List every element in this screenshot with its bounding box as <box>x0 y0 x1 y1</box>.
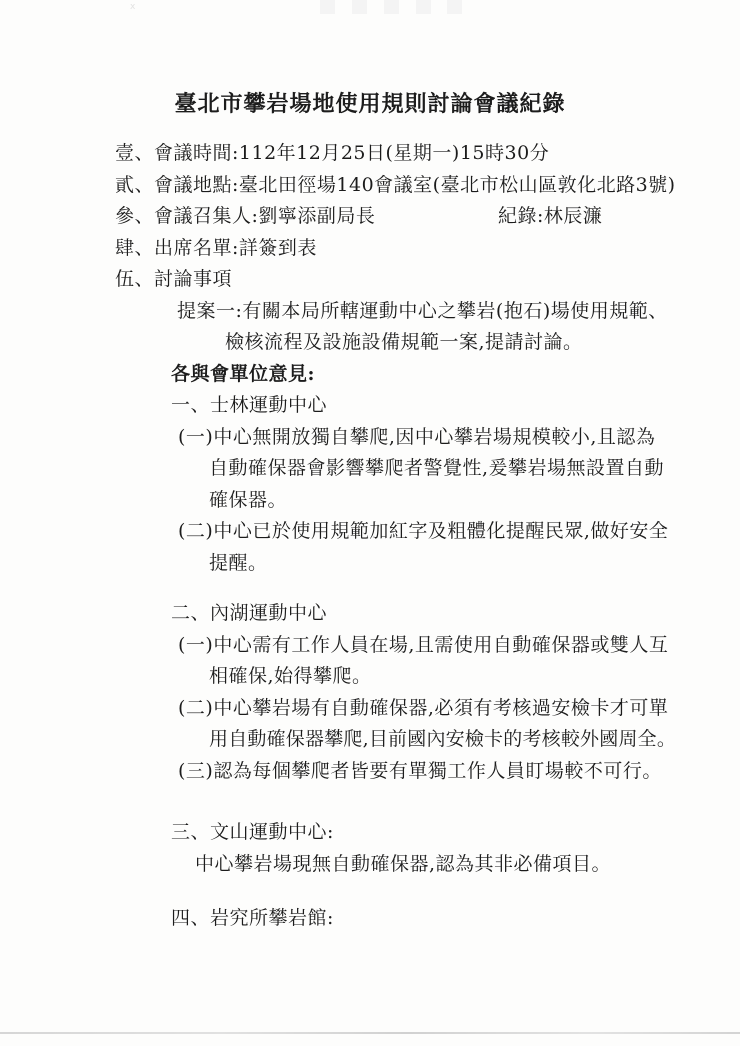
scanned-document-page: x 臺北市攀岩場地使用規則討論會議紀錄 壹、會議時間:112年12月25日(星期… <box>0 0 740 1046</box>
section2-item2-line2: 用自動確保器攀爬,目前國內安檢卡的考核較外國周全。 <box>0 724 740 756</box>
section-heading-wenshan: 三、文山運動中心: <box>0 817 740 849</box>
section-heading-neihu: 二、內湖運動中心 <box>0 598 740 630</box>
scan-artifact-binding-marks <box>320 0 465 14</box>
section2-item3-line1: (三)認為每個攀爬者皆要有單獨工作人員盯場較不可行。 <box>0 756 740 788</box>
opinions-header: 各與會單位意見: <box>0 359 740 391</box>
spacer <box>0 579 740 598</box>
section-heading-shilin: 一、士林運動中心 <box>0 390 740 422</box>
recorder-text: 紀錄:林辰濂 <box>498 201 602 233</box>
meeting-place-line: 貳、會議地點:臺北田徑場140會議室(臺北市松山區敦化北路3號) <box>0 170 740 202</box>
section1-item2-line1: (二)中心已於使用規範加紅字及粗體化提醒民眾,做好安全 <box>0 516 740 548</box>
section1-item1-line3: 確保器。 <box>0 485 740 517</box>
scan-artifact-pen-mark: x <box>130 4 137 11</box>
proposal-line-1: 提案一:有關本局所轄運動中心之攀岩(抱石)場使用規範、 <box>0 296 740 328</box>
section3-body-line: 中心攀岩場現無自動確保器,認為其非必備項目。 <box>0 849 740 881</box>
convener-text: 參、會議召集人:劉寧添副局長 <box>115 205 375 227</box>
section-heading-yanjiusuo: 四、岩究所攀岩館: <box>0 903 740 935</box>
attendees-line: 肆、出席名單:詳簽到表 <box>0 233 740 265</box>
spacer <box>0 120 740 138</box>
section2-item1-line1: (一)中心需有工作人員在場,且需使用自動確保器或雙人互 <box>0 630 740 662</box>
document-title: 臺北市攀岩場地使用規則討論會議紀錄 <box>0 88 740 120</box>
section2-item2-line1: (二)中心攀岩場有自動確保器,必須有考核過安檢卡才可單 <box>0 693 740 725</box>
spacer <box>0 787 740 817</box>
discussion-header-line: 伍、討論事項 <box>0 264 740 296</box>
section1-item1-line2: 自動確保器會影響攀爬者警覺性,爰攀岩場無設置自動 <box>0 453 740 485</box>
section2-item1-line2: 相確保,始得攀爬。 <box>0 661 740 693</box>
proposal-line-2: 檢核流程及設施設備規範一案,提請討論。 <box>0 327 740 359</box>
convener-line: 參、會議召集人:劉寧添副局長 紀錄:林辰濂 <box>0 201 740 233</box>
meeting-time-line: 壹、會議時間:112年12月25日(星期一)15時30分 <box>0 138 740 170</box>
section1-item1-line1: (一)中心無開放獨自攀爬,因中心攀岩場規模較小,且認為 <box>0 422 740 454</box>
section1-item2-line2: 提醒。 <box>0 548 740 580</box>
spacer <box>0 880 740 903</box>
scan-edge-line <box>0 1032 740 1034</box>
